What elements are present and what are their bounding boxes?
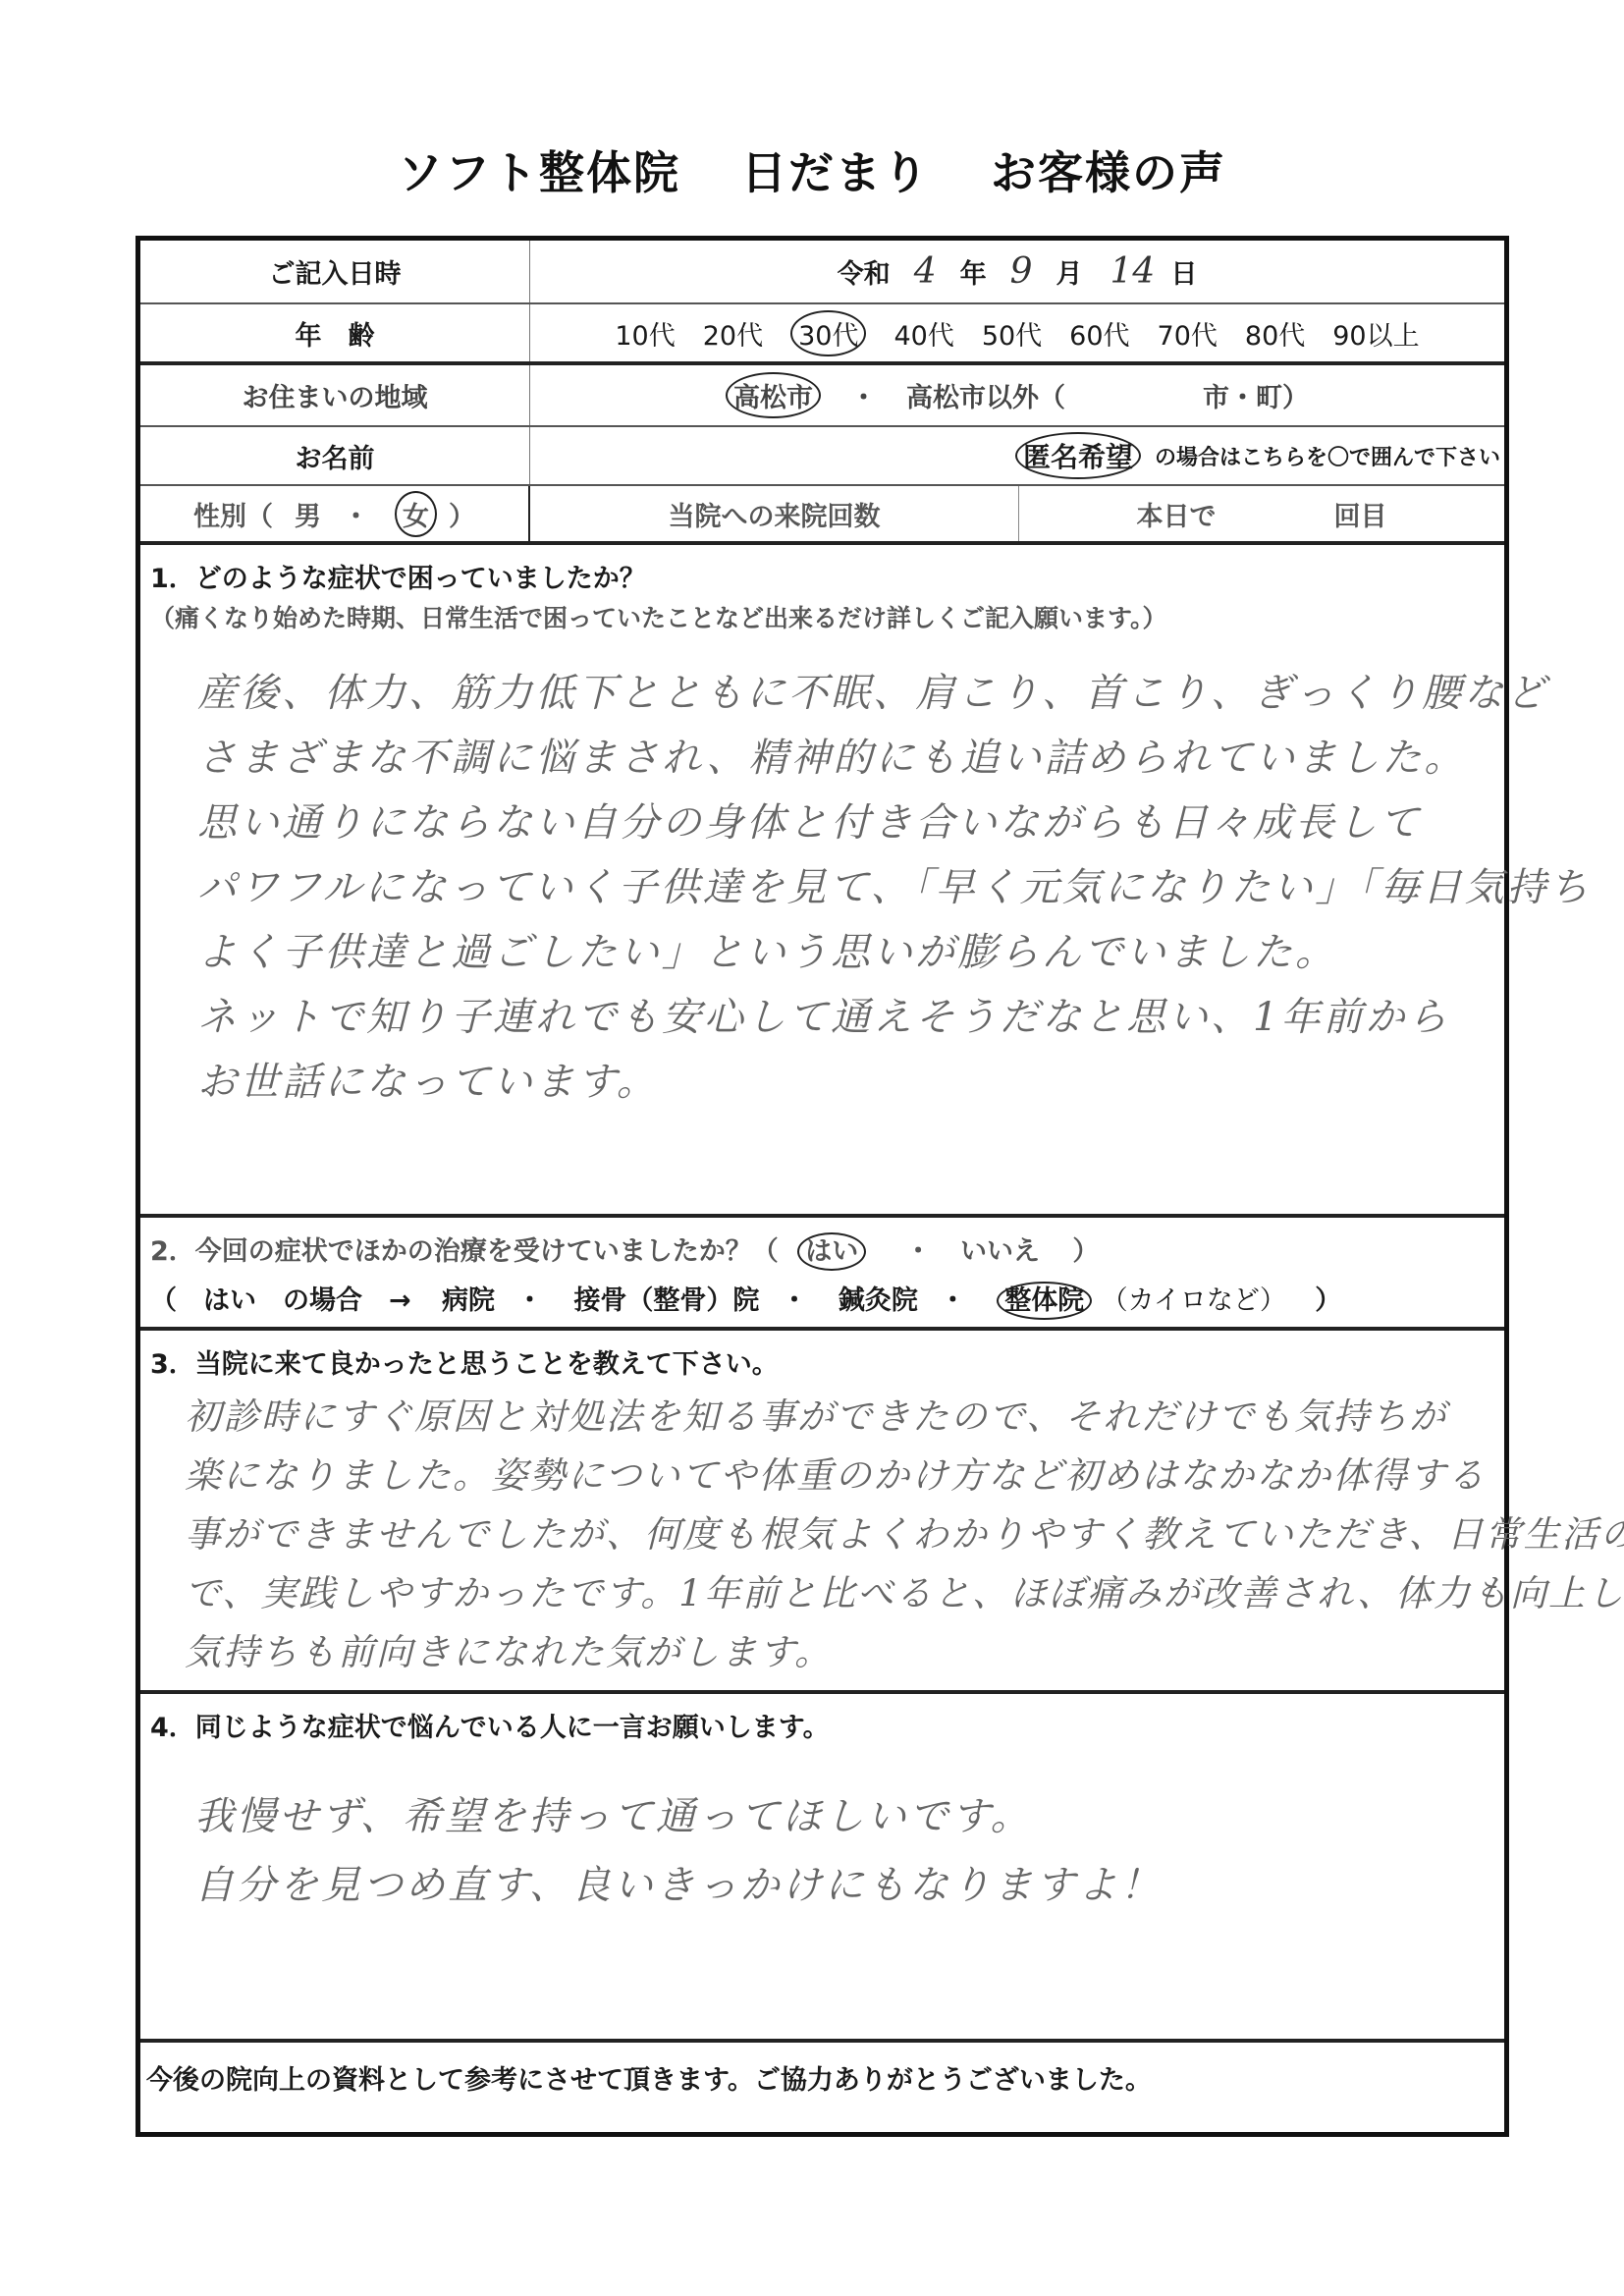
answer-line: パワフルになっていく子供達を見て、「早く元気になりたい」「毎日気持ち — [197, 855, 1475, 920]
answer-line: 楽になりました。姿勢についてや体重のかけ方など初めはなかなか体得する — [185, 1447, 1475, 1505]
sex-option-female-selected[interactable]: 女 — [395, 491, 437, 537]
age-option-30s-selected[interactable]: 30代 — [790, 310, 866, 356]
region-option-other[interactable]: 高松市以外（ — [906, 376, 1065, 414]
q2-close: ） — [1072, 1236, 1099, 1267]
name-field[interactable]: 匿名希望 の場合はこちらを〇で囲んで下さい — [530, 427, 1504, 484]
answer-line: さまざまな不調に悩まされ、精神的にも追い詰められていました。 — [197, 726, 1475, 791]
answer-line: 初診時にすぐ原因と対処法を知る事ができたので、それだけでも気持ちが — [185, 1388, 1475, 1447]
question-2-text: 2．今回の症状でほかの治療を受けていましたか？（ — [150, 1236, 779, 1267]
q2-option-acupuncture[interactable]: 鍼灸院 — [839, 1285, 918, 1316]
footer-section: 今後の院向上の資料として参考にさせて頂きます。ご協力ありがとうございました。 — [140, 2043, 1504, 2132]
age-label: 年 齢 — [140, 304, 530, 361]
question-2-section: 2．今回の症状でほかの治療を受けていましたか？（ はい ・ いいえ ） （ はい… — [140, 1218, 1504, 1331]
date-field[interactable]: 令和 4 年 9 月 14 日 — [530, 241, 1504, 302]
age-option-70s[interactable]: 70代 — [1158, 314, 1218, 353]
answer-line: 事ができませんでしたが、何度も根気よくわかりやすく教えていただき、日常生活の中 — [185, 1505, 1475, 1564]
q2-option-bonesetter[interactable]: 接骨（整骨）院 — [573, 1285, 759, 1316]
name-label: お名前 — [140, 427, 530, 484]
q2-option-yes-selected[interactable]: はい — [797, 1232, 866, 1271]
q2-option-note: （カイロなど） — [1102, 1285, 1286, 1316]
name-row: お名前 匿名希望 の場合はこちらを〇で囲んで下さい — [140, 427, 1504, 486]
question-2-heading: 2．今回の症状でほかの治療を受けていましたか？（ はい ・ いいえ ） — [150, 1230, 1099, 1268]
month-value: 9 — [1010, 251, 1033, 292]
question-3-answer[interactable]: 初診時にすぐ原因と対処法を知る事ができたので、それだけでも気持ちが 楽になりまし… — [185, 1388, 1475, 1682]
question-1-answer[interactable]: 産後、体力、筋力低下とともに不眠、肩こり、首こり、ぎっくり腰など さまざまな不調… — [197, 661, 1475, 1115]
q2-detail-close: ） — [1315, 1285, 1341, 1316]
question-4-answer[interactable]: 我慢せず、希望を持って通ってほしいです。 自分を見つめ直す、良いきっかけにもなり… — [194, 1782, 1475, 1920]
question-1-subheading: （痛くなり始めた時期、日常生活で困っていたことなど出来るだけ詳しくご記入願います… — [150, 599, 1167, 634]
age-option-20s[interactable]: 20代 — [703, 314, 763, 353]
document-title: ソフト整体院 日だまり お客様の声 — [0, 137, 1624, 202]
age-option-50s[interactable]: 50代 — [982, 314, 1042, 353]
age-options: 10代 20代 30代 40代 50代 60代 70代 80代 90以上 — [530, 304, 1504, 361]
sex-field: 性別（ 男 ・ 女 ） — [140, 486, 530, 541]
age-option-60s[interactable]: 60代 — [1069, 314, 1129, 353]
question-4-section: 4．同じような症状で悩んでいる人に一言お願いします。 我慢せず、希望を持って通っ… — [140, 1694, 1504, 2043]
sex-label-close: ） — [449, 495, 475, 533]
title-clinic-type: ソフト整体院 — [398, 146, 680, 199]
question-1-heading: 1．どのような症状で困っていましたか？ — [150, 557, 646, 595]
answer-line: 我慢せず、希望を持って通ってほしいです。 — [194, 1782, 1475, 1851]
sex-separator: ・ — [343, 495, 369, 533]
date-label: ご記入日時 — [140, 241, 530, 302]
year-value: 4 — [914, 251, 937, 292]
answer-line: 産後、体力、筋力低下とともに不眠、肩こり、首こり、ぎっくり腰など — [197, 661, 1475, 726]
region-option-takamatsu-selected[interactable]: 高松市 — [726, 372, 821, 418]
title-voice: お客様の声 — [991, 146, 1226, 199]
day-value: 14 — [1110, 251, 1156, 292]
q2-detail-prefix: （ はい の場合 → — [150, 1285, 411, 1316]
q2-separator: ・ — [905, 1236, 932, 1267]
q2-option-hospital[interactable]: 病院 — [442, 1285, 495, 1316]
age-option-10s[interactable]: 10代 — [615, 314, 675, 353]
region-options: 高松市 ・ 高松市以外（ 市・町） — [530, 365, 1504, 425]
month-unit: 月 — [1056, 252, 1083, 291]
age-option-90plus[interactable]: 90以上 — [1332, 314, 1419, 353]
answer-line: 自分を見つめ直す、良いきっかけにもなりますよ！ — [194, 1851, 1475, 1920]
question-3-heading: 3．当院に来て良かったと思うことを教えて下さい。 — [150, 1342, 779, 1381]
sex-option-male[interactable]: 男 — [295, 495, 321, 533]
answer-line: 思い通りにならない自分の身体と付き合いながらも日々成長して — [197, 791, 1475, 855]
question-4-heading: 4．同じような症状で悩んでいる人に一言お願いします。 — [150, 1706, 830, 1744]
region-other-suffix: 市・町） — [1203, 376, 1309, 414]
answer-line: よく子供達と過ごしたい」という思いが膨らんでいました。 — [197, 920, 1475, 985]
visits-field[interactable]: 本日で 回目 — [1019, 486, 1504, 541]
question-3-section: 3．当院に来て良かったと思うことを教えて下さい。 初診時にすぐ原因と対処法を知る… — [140, 1331, 1504, 1694]
visits-unit: 回目 — [1334, 495, 1387, 533]
age-option-40s[interactable]: 40代 — [893, 314, 953, 353]
question-2-detail: （ はい の場合 → 病院・ 接骨（整骨）院・ 鍼灸院・ 整体院 （カイロなど）… — [150, 1279, 1341, 1317]
visits-label: 当院への来院回数 — [530, 486, 1019, 541]
date-row: ご記入日時 令和 4 年 9 月 14 日 — [140, 241, 1504, 304]
sex-label: 性別（ — [193, 495, 273, 533]
footer-thanks: 今後の院向上の資料として参考にさせて頂きます。ご協力ありがとうございました。 — [146, 2058, 1152, 2097]
q2-option-seitai-selected[interactable]: 整体院 — [997, 1282, 1092, 1320]
answer-line: ネットで知り子連れでも安心して通えそうだなと思い、1年前から — [197, 985, 1475, 1050]
question-1-section: 1．どのような症状で困っていましたか？ （痛くなり始めた時期、日常生活で困ってい… — [140, 545, 1504, 1218]
age-row: 年 齢 10代 20代 30代 40代 50代 60代 70代 80代 90以上 — [140, 304, 1504, 365]
region-label: お住まいの地域 — [140, 365, 530, 425]
answer-line: で、実践しやすかったです。1年前と比べると、ほぼ痛みが改善され、体力も向上し、 — [185, 1564, 1475, 1623]
anonymous-option-selected[interactable]: 匿名希望 — [1015, 432, 1141, 479]
region-row: お住まいの地域 高松市 ・ 高松市以外（ 市・町） — [140, 365, 1504, 427]
survey-form: ご記入日時 令和 4 年 9 月 14 日 年 齢 10代 20代 30代 40… — [135, 236, 1509, 2137]
region-separator: ・ — [850, 376, 877, 414]
title-clinic-name: 日だまり — [741, 146, 930, 199]
anonymous-note: の場合はこちらを〇で囲んで下さい — [1155, 441, 1500, 471]
age-option-80s[interactable]: 80代 — [1245, 314, 1305, 353]
q2-option-no[interactable]: いいえ — [960, 1236, 1040, 1267]
sex-visits-row: 性別（ 男 ・ 女 ） 当院への来院回数 本日で 回目 — [140, 486, 1504, 545]
day-unit: 日 — [1170, 252, 1197, 291]
year-unit: 年 — [960, 252, 987, 291]
visits-today-label: 本日で — [1137, 495, 1217, 533]
era-label: 令和 — [838, 252, 891, 291]
answer-line: 気持ちも前向きになれた気がします。 — [185, 1623, 1475, 1682]
answer-line: お世話になっています。 — [197, 1050, 1475, 1115]
